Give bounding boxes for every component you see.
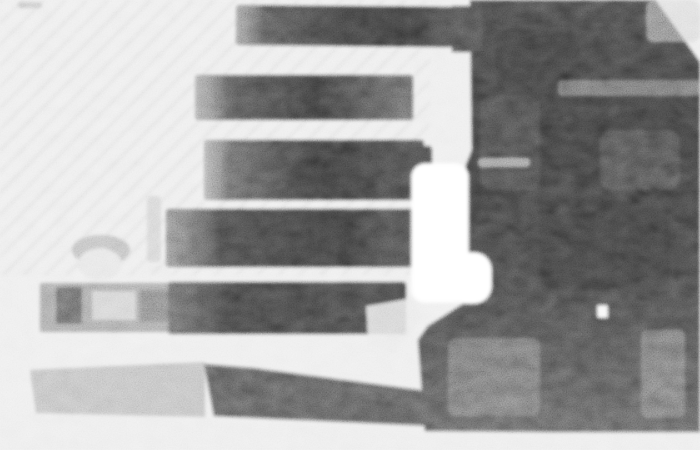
top-left-dash <box>18 2 42 8</box>
mass-mottle-4 <box>600 130 680 190</box>
bar-1 <box>236 5 462 47</box>
bar-2 <box>195 75 413 120</box>
white-speck <box>597 305 608 318</box>
dome-bump <box>78 248 122 280</box>
slab-light-block <box>92 291 136 320</box>
photograph-canvas <box>0 0 700 450</box>
mass-mottle-2 <box>540 200 670 290</box>
bar-4 <box>166 209 416 267</box>
mass-light-column <box>641 330 685 418</box>
mass-mottle-3 <box>480 95 540 190</box>
slab-dark-block <box>56 287 82 324</box>
left-gray-strip <box>147 196 161 262</box>
white-figure-bulge <box>448 252 492 304</box>
corner-shade <box>646 0 700 42</box>
bar-3 <box>204 140 424 200</box>
photo-shape-layer <box>0 0 700 450</box>
mass-dash <box>478 158 530 167</box>
mass-bottomleft-patch <box>448 338 540 416</box>
mass-streak-top <box>558 80 700 96</box>
